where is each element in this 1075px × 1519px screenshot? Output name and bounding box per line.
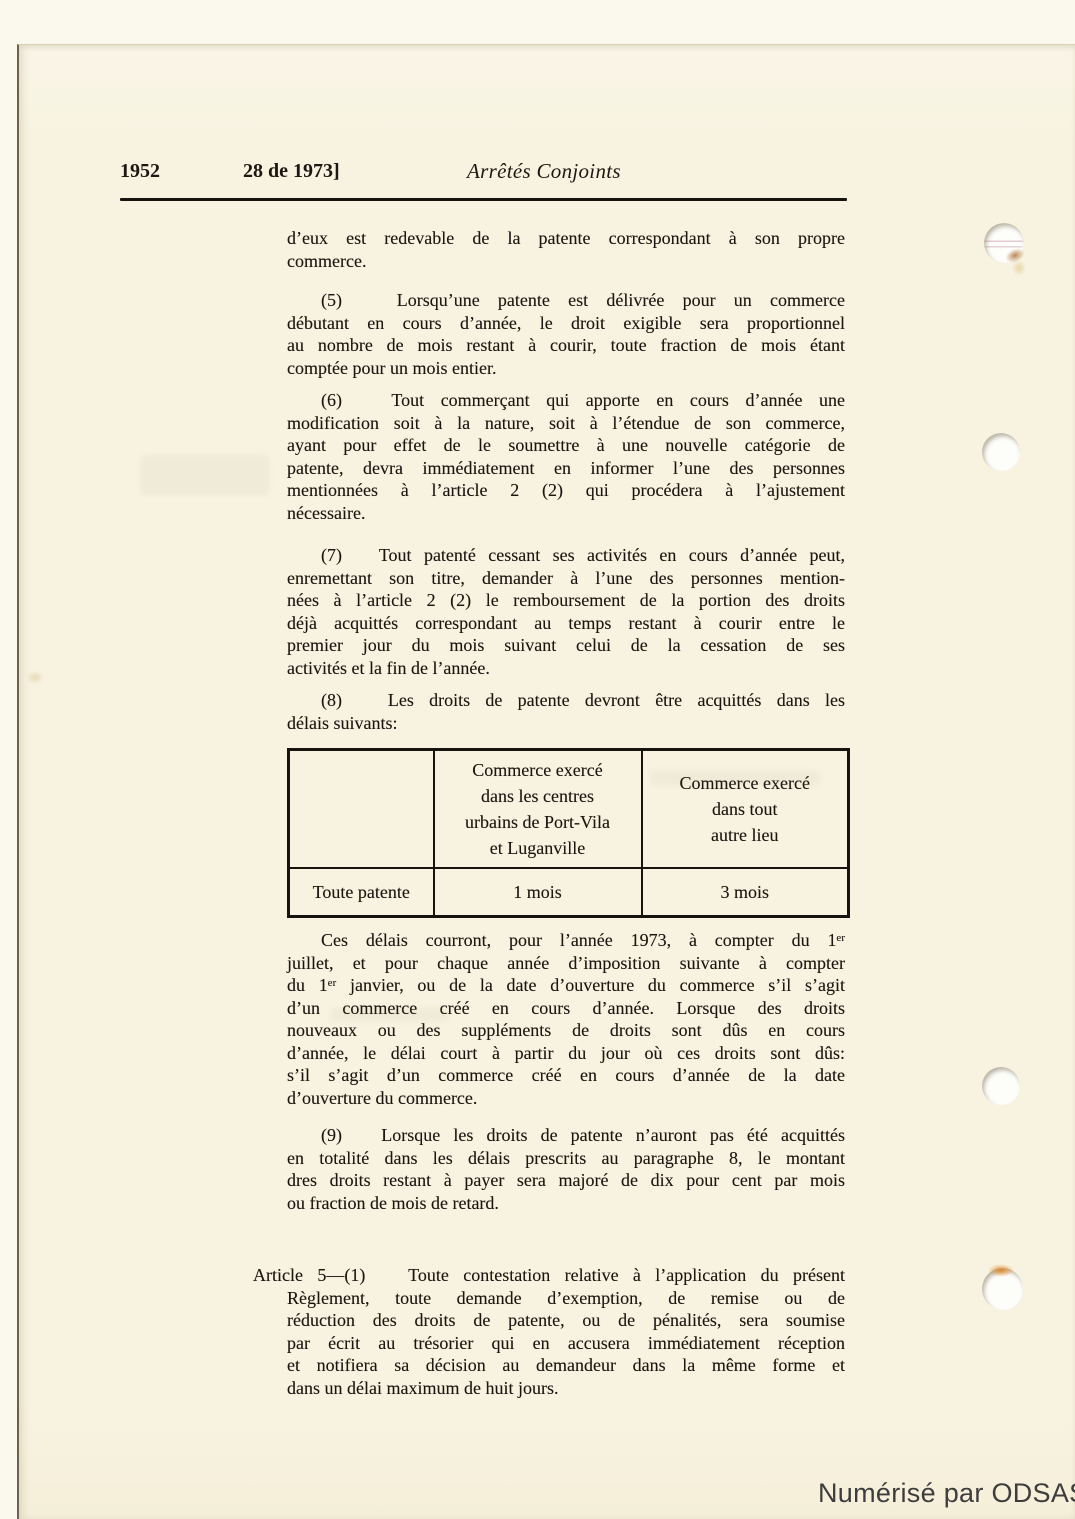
issue-reference: 28 de 1973] [243, 160, 340, 183]
text-line: d’ouverture du commerce. [287, 1087, 845, 1110]
text-line: (5) Lorsqu’une patente est délivrée pour… [287, 289, 845, 312]
punch-hole [982, 1268, 1023, 1310]
text-line: réduction des droits de patente, ou de p… [253, 1309, 845, 1332]
text-line: juillet, et pour chaque année d’impositi… [287, 952, 845, 975]
text-line: ou fraction de mois de retard. [287, 1192, 845, 1215]
text-line: Ces délais courront, pour l’année 1973, … [287, 929, 845, 952]
paragraph-delais: Ces délais courront, pour l’année 1973, … [287, 929, 845, 1109]
text-line: ayant pour effet de le soumettre à une n… [287, 434, 845, 457]
text-line: modification soit à la nature, soit à l’… [287, 412, 845, 435]
text-line: comptée pour un mois entier. [287, 357, 845, 380]
table-header-urban: Commerce exercé dans les centres urbains… [434, 750, 642, 869]
text-line: (8) Les droits de patente devront être a… [287, 689, 845, 712]
text-line: nouveaux ou des suppléments de droits so… [287, 1019, 845, 1042]
punch-hole [984, 223, 1024, 263]
page-number: 1952 [120, 160, 160, 183]
text-line: déjà acquittés correspondant au temps re… [287, 612, 845, 635]
paragraph-8: (8) Les droits de patente devront être a… [287, 689, 845, 734]
paragraph-5: (5) Lorsqu’une patente est délivrée pour… [287, 289, 845, 379]
text-line: d’eux est redevable de la patente corres… [287, 227, 845, 250]
text-line: nées à l’article 2 (2) le remboursement … [287, 589, 845, 612]
text-line: (9) Lorsque les droits de patente n’auro… [287, 1124, 845, 1147]
paragraph-6: (6) Tout commerçant qui apporte en cours… [287, 389, 845, 524]
paragraph-7: (7) Tout patenté cessant ses activités e… [287, 544, 845, 679]
punch-hole [982, 433, 1020, 471]
text-line: par écrit au trésorier qui en accusera i… [253, 1332, 845, 1355]
table-cell-urban-delay: 1 mois [434, 868, 642, 917]
table-row: Toute patente 1 mois 3 mois [289, 868, 849, 917]
table-cell-other-delay: 3 mois [642, 868, 849, 917]
text-line: (6) Tout commerçant qui apporte en cours… [287, 389, 845, 412]
text-line: Article 5—(1) Toute contestation relativ… [253, 1264, 845, 1287]
journal-title: Arrêtés Conjoints [467, 159, 621, 184]
table-cell-label: Toute patente [289, 868, 434, 917]
text-line: (7) Tout patenté cessant ses activités e… [287, 544, 845, 567]
header-rule [120, 198, 847, 201]
table-header-row: Commerce exercé dans les centres urbains… [289, 750, 849, 869]
text-line: d’un commerce créé en cours d’année. Lor… [287, 997, 845, 1020]
text-line: dres droits restant à payer sera majoré … [287, 1169, 845, 1192]
punch-hole [982, 1067, 1020, 1105]
text-line: nécessaire. [287, 502, 845, 525]
text-line: dans un délai maximum de huit jours. [253, 1377, 845, 1400]
text-line: activités et la fin de l’année. [287, 657, 845, 680]
scan-credit: Numérisé par ODSAS [818, 1478, 1075, 1509]
text-line: premier jour du mois suivant celui de la… [287, 634, 845, 657]
table-header-empty [289, 750, 434, 869]
text-line: s’il s’agit d’un commerce créé en cours … [287, 1064, 845, 1087]
text-line: mentionnées à l’article 2 (2) qui procéd… [287, 479, 845, 502]
scanned-document-page: 1952 28 de 1973] Arrêtés Conjoints d’eux… [0, 0, 1075, 1519]
text-line: délais suivants: [287, 712, 845, 735]
text-line: commerce. [287, 250, 845, 273]
table-header-other: Commerce exercé dans tout autre lieu [642, 750, 849, 869]
paragraph-article-5: Article 5—(1) Toute contestation relativ… [253, 1264, 845, 1399]
text-line: et notifiera sa décision au demandeur da… [253, 1354, 845, 1377]
paragraph-9: (9) Lorsque les droits de patente n’auro… [287, 1124, 845, 1214]
text-line: enremettant son titre, demander à l’une … [287, 567, 845, 590]
text-line: Règlement, toute demande d’exemption, de… [253, 1287, 845, 1310]
text-line: au nombre de mois restant à courir, tout… [287, 334, 845, 357]
text-line: patente, devra immédiatement en informer… [287, 457, 845, 480]
text-line: en totalité dans les délais prescrits au… [287, 1147, 845, 1170]
text-line: d’année, le délai court à partir du jour… [287, 1042, 845, 1065]
text-line: débutant en cours d’année, le droit exig… [287, 312, 845, 335]
payment-deadline-table: Commerce exercé dans les centres urbains… [287, 748, 850, 918]
text-line: du 1ᵉʳ janvier, ou de la date d’ouvertur… [287, 974, 845, 997]
paragraph-intro: d’eux est redevable de la patente corres… [287, 227, 845, 272]
